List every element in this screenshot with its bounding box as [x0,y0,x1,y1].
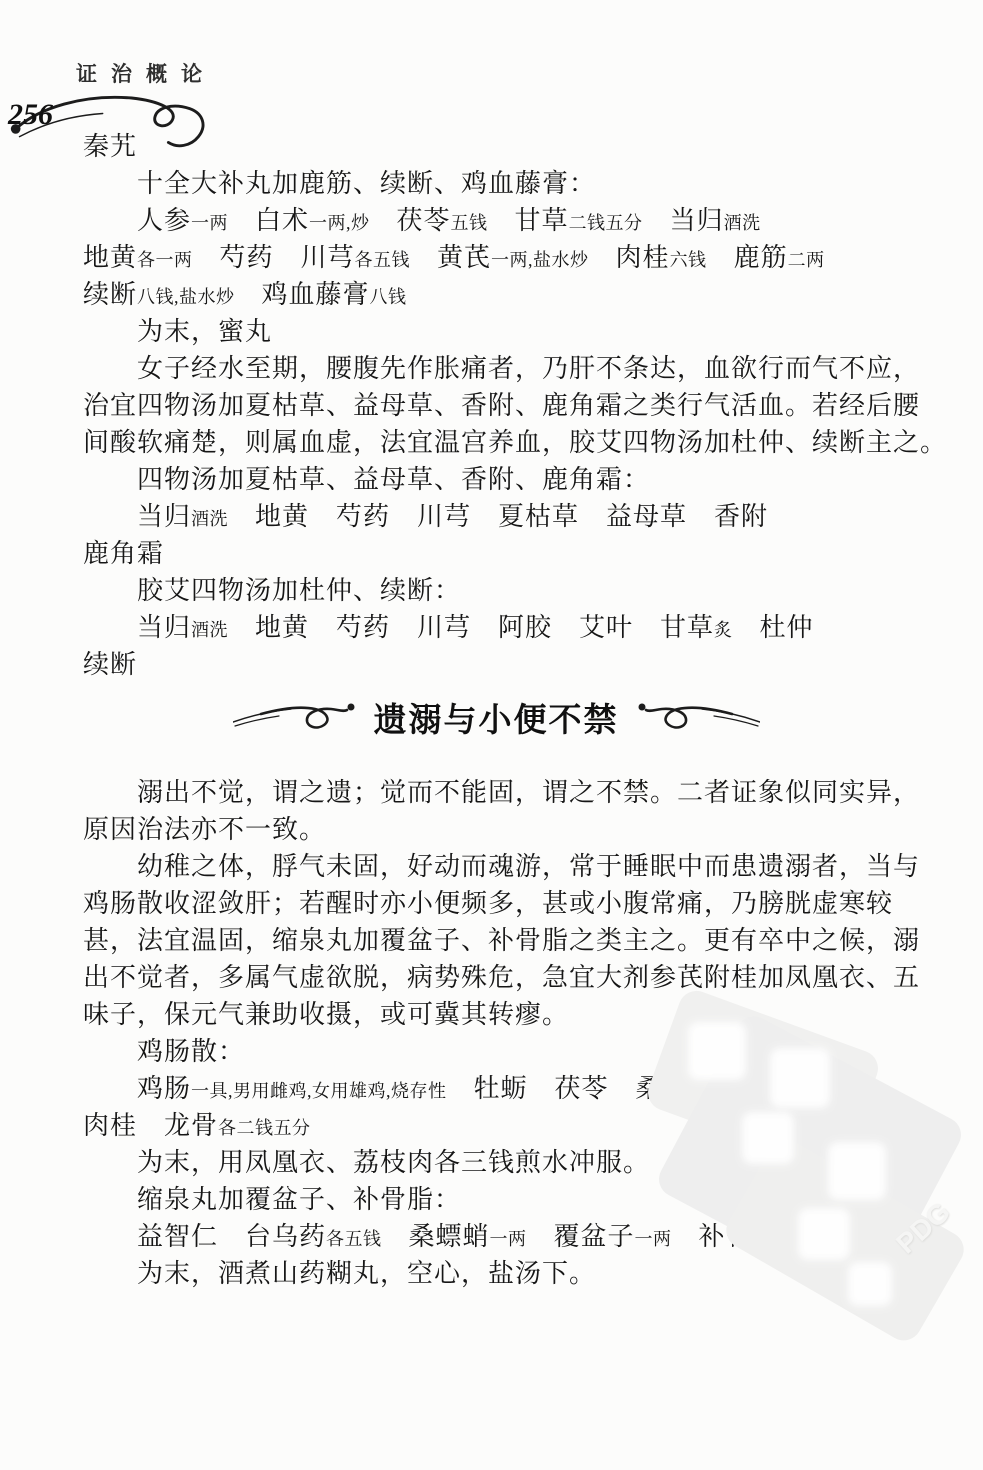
watermark-glyph-blob [742,1112,794,1164]
text-line: 续断 [83,646,909,683]
text-line: 地黄各一两 芍药 川芎各五钱 黄芪一两,盐水炒 肉桂六钱 鹿筋二两 [83,239,909,276]
text-run: 当归 [643,206,724,235]
text-run: 甚，法宜温固，缩泉丸加覆盆子、补骨脂之类主之。更有卒中之候，溺 [83,926,920,955]
text-run: 甘草 [488,206,569,235]
text-line: 幼稚之体，脬气未固，好动而魂游，常于睡眠中而患遗溺者，当与 [83,848,909,885]
text-run: 当归 [137,613,191,642]
text-run: 女子经水至期，腰腹先作胀痛者，乃肝不条达，血欲行而气不应， [137,354,920,383]
text-run: 芍药 川芎 [193,243,355,272]
text-run: 肉桂 龙骨 [83,1111,218,1140]
text-run: 肉桂 [589,243,670,272]
text-run: 地黄 芍药 川芎 阿胶 艾叶 甘草 [228,613,714,642]
text-run: 为末，蜜丸 [137,317,272,346]
text-run: 鹿筋 [707,243,788,272]
section-heading: 遗溺与小便不禁 [83,686,909,748]
text-run: 覆盆子 [527,1222,635,1251]
dosage-annotation-run: 五钱 [451,213,488,233]
watermark-glyph-blob [688,1022,746,1080]
text-run: 鸡肠散收涩敛肝；若醒时亦小便频多，甚或小腹常痛，乃膀胱虚寒较 [83,889,893,918]
text-line: 溺出不觉，谓之遗；觉而不能固，谓之不禁。二者证象似同实异， [83,774,909,811]
text-line: 出不觉者，多属气虚欲脱，病势殊危，急宜大剂参芪附桂加凤凰衣、五 [83,959,909,996]
text-run: 黄芪 [410,243,491,272]
text-line: 甚，法宜温固，缩泉丸加覆盆子、补骨脂之类主之。更有卒中之候，溺 [83,922,909,959]
text-run: 四物汤加夏枯草、益母草、香附、鹿角霜： [137,465,650,494]
dosage-annotation-run: 一两 [635,1229,672,1249]
dosage-annotation-run: 酒洗 [191,509,228,529]
text-line: 秦艽 [83,128,909,165]
watermark-glyph-blob [828,1142,886,1200]
text-line: 治宜四物汤加夏枯草、益母草、香附、鹿角霜之类行气活血。若经后腰 [83,387,909,424]
text-line: 当归酒洗 地黄 芍药 川芎 夏枯草 益母草 香附 [83,498,909,535]
dosage-annotation-run: 一两,炒 [309,213,370,233]
text-run: 当归 [137,502,191,531]
text-line: 女子经水至期，腰腹先作胀痛者，乃肝不条达，血欲行而气不应， [83,350,909,387]
text-run: 出不觉者，多属气虚欲脱，病势殊危，急宜大剂参芪附桂加凤凰衣、五 [83,963,920,992]
dosage-annotation-run: 酒洗 [724,213,761,233]
dosage-annotation-run: 炙 [714,620,733,640]
section-title: 遗溺与小便不禁 [374,694,619,741]
running-title: 证治概论 [76,58,216,88]
dosage-annotation-run: 八钱,盐水炒 [137,287,235,307]
text-line: 四物汤加夏枯草、益母草、香附、鹿角霜： [83,461,909,498]
text-line: 间酸软痛楚，则属血虚，法宜温宫养血，胶艾四物汤加杜仲、续断主之。 [83,424,909,461]
text-run: 味子，保元气兼助收摄，或可冀其转瘳。 [83,1000,569,1029]
dosage-annotation-run: 二钱五分 [569,213,643,233]
text-run: 鸡肠散： [137,1037,245,1066]
text-run: 秦艽 [83,132,137,161]
dosage-annotation-run: 各一两 [137,250,193,270]
text-run: 茯苓 [370,206,451,235]
text-run: 缩泉丸加覆盆子、补骨脂： [137,1185,461,1214]
text-run: 间酸软痛楚，则属血虚，法宜温宫养血，胶艾四物汤加杜仲、续断主之。 [83,428,947,457]
text-run: 溺出不觉，谓之遗；觉而不能固，谓之不禁。二者证象似同实异， [137,778,920,807]
text-run: 原因治法亦不一致。 [83,815,326,844]
page-number: 256 [8,98,53,132]
text-block-top: 秦艽十全大补丸加鹿筋、续断、鸡血藤膏：人参一两 白术一两,炒 茯苓五钱 甘草二钱… [83,128,909,683]
dosage-annotation-run: 六钱 [670,250,707,270]
dosage-annotation-run: 酒洗 [191,620,228,640]
text-run: 白术 [228,206,309,235]
text-run: 为末，用凤凰衣、荔枝肉各三钱煎水冲服。 [137,1148,650,1177]
text-line: 鸡肠散收涩敛肝；若醒时亦小便频多，甚或小腹常痛，乃膀胱虚寒较 [83,885,909,922]
text-run: 鸡血藤膏 [235,280,370,309]
text-run: 治宜四物汤加夏枯草、益母草、香附、鹿角霜之类行气活血。若经后腰 [83,391,920,420]
text-run: 幼稚之体，脬气未固，好动而魂游，常于睡眠中而患遗溺者，当与 [137,852,920,881]
dosage-annotation-run: 一两 [191,213,228,233]
dosage-annotation-run: 一具,男用雌鸡,女用雄鸡,烧存性 [191,1081,447,1101]
text-run: 鸡肠 [137,1074,191,1103]
dosage-annotation-run: 各五钱 [326,1229,382,1249]
text-run: 鹿角霜 [83,539,164,568]
text-run: 为末，酒煮山药糊丸，空心，盐汤下。 [137,1259,596,1288]
right-flourish-icon [635,695,760,739]
text-run: 益智仁 台乌药 [137,1222,326,1251]
watermark-glyph-blob [798,1208,850,1260]
dosage-annotation-run: 八钱 [370,287,407,307]
text-run: 续断 [83,650,137,679]
text-run: 地黄 [83,243,137,272]
text-run: 桑螵蛸 [382,1222,490,1251]
text-run: 续断 [83,280,137,309]
dosage-annotation-run: 各五钱 [355,250,411,270]
text-line: 十全大补丸加鹿筋、续断、鸡血藤膏： [83,165,909,202]
text-line: 续断八钱,盐水炒 鸡血藤膏八钱 [83,276,909,313]
left-flourish-icon [233,695,358,739]
text-run: 胶艾四物汤加杜仲、续断： [137,576,461,605]
text-line: 当归酒洗 地黄 芍药 川芎 阿胶 艾叶 甘草炙 杜仲 [83,609,909,646]
text-run: 十全大补丸加鹿筋、续断、鸡血藤膏： [137,169,596,198]
text-line: 人参一两 白术一两,炒 茯苓五钱 甘草二钱五分 当归酒洗 [83,202,909,239]
text-run: 杜仲 [733,613,814,642]
watermark-glyph-blob [770,1048,830,1108]
text-line: 鹿角霜 [83,535,909,572]
text-line: 原因治法亦不一致。 [83,811,909,848]
dosage-annotation-run: 各二钱五分 [218,1118,311,1138]
scanned-book-page: 证治概论 256 秦艽十全大补丸加鹿筋、续断、鸡血藤膏：人参一两 白术一两,炒 … [0,0,983,1470]
text-run: 地黄 芍药 川芎 夏枯草 益母草 香附 [228,502,768,531]
watermark-glyph-blob [848,1262,892,1306]
dosage-annotation-run: 一两,盐水炒 [491,250,589,270]
text-run: 人参 [137,206,191,235]
dosage-annotation-run: 二两 [788,250,825,270]
text-line: 胶艾四物汤加杜仲、续断： [83,572,909,609]
text-line: 为末，蜜丸 [83,313,909,350]
dosage-annotation-run: 一两 [490,1229,527,1249]
